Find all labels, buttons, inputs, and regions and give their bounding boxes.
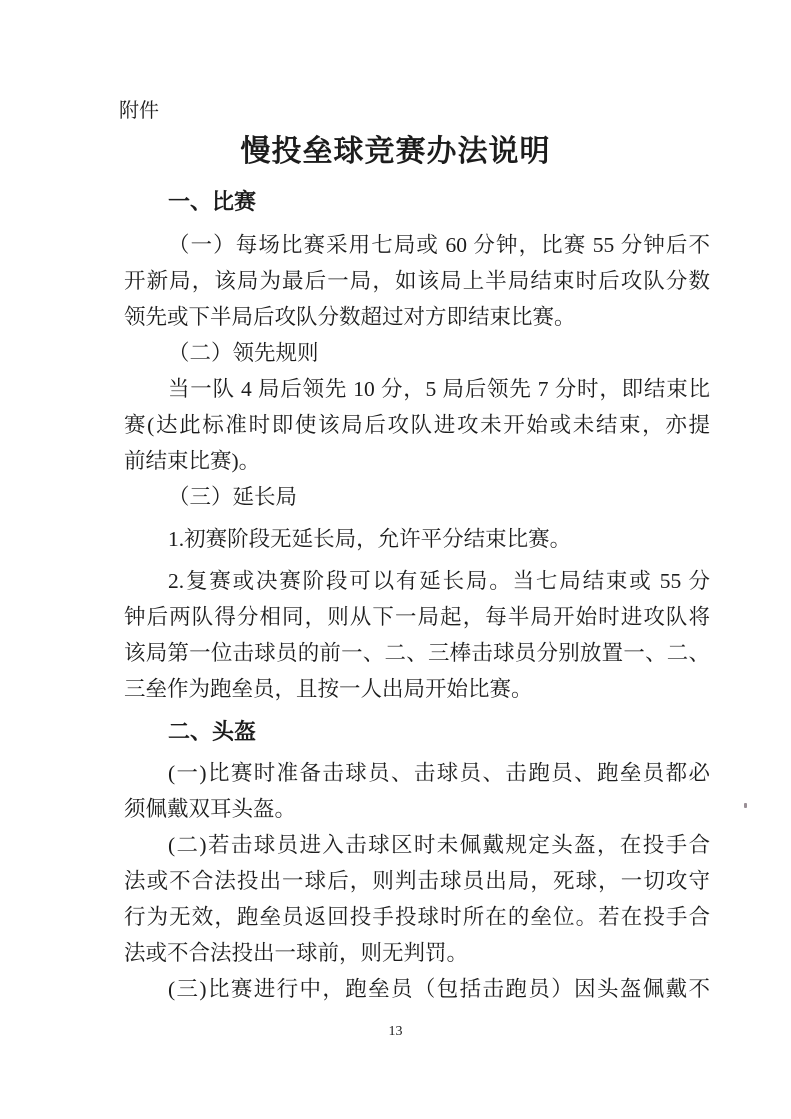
paragraph-line: 法或不合法投出一球后，则判击球员出局，死球，一切攻守 [124, 863, 710, 899]
paragraph-extra-inning-heading: （三）延长局 [124, 479, 710, 515]
paragraph-line: （一）每场比赛采用七局或 60 分钟，比赛 55 分钟后不 [124, 227, 710, 263]
paragraph-helmet-penalty: (二)若击球员进入击球区时未佩戴规定头盔，在投手合 法或不合法投出一球后，则判击… [124, 827, 710, 971]
paragraph-line: (二)若击球员进入击球区时未佩戴规定头盔，在投手合 [124, 827, 710, 863]
paragraph-line: 行为无效，跑垒员返回投手投球时所在的垒位。若在投手合 [124, 899, 710, 935]
paragraph-line: 须佩戴双耳头盔。 [124, 791, 710, 827]
paragraph-line: (一)比赛时准备击球员、击球员、击跑员、跑垒员都必 [124, 755, 710, 791]
list-item-preliminary: 1.初赛阶段无延长局，允许平分结束比赛。 [124, 521, 710, 557]
paragraph-helmet-during-play: (三)比赛进行中，跑垒员（包括击跑员）因头盔佩戴不 [124, 971, 710, 1007]
paragraph-helmet-required: (一)比赛时准备击球员、击球员、击跑员、跑垒员都必 须佩戴双耳头盔。 [124, 755, 710, 827]
list-item-finals: 2.复赛或决赛阶段可以有延长局。当七局结束或 55 分 钟后两队得分相同，则从下… [124, 563, 710, 707]
paragraph-line: （二）领先规则 [124, 335, 710, 371]
paragraph-line: 法或不合法投出一球前，则无判罚。 [124, 935, 710, 971]
document-body: 附件 慢投垒球竞赛办法说明 一、比赛 （一）每场比赛采用七局或 60 分钟，比赛… [124, 98, 710, 1007]
scan-artifact-dot [744, 803, 747, 808]
paragraph-line: 前结束比赛)。 [124, 443, 710, 479]
document-title: 慢投垒球竞赛办法说明 [0, 129, 791, 175]
document-page: 附件 慢投垒球竞赛办法说明 一、比赛 （一）每场比赛采用七局或 60 分钟，比赛… [0, 0, 791, 1119]
paragraph-match-duration: （一）每场比赛采用七局或 60 分钟，比赛 55 分钟后不 开新局，该局为最后一… [124, 227, 710, 335]
paragraph-line: 三垒作为跑垒员，且按一人出局开始比赛。 [124, 671, 710, 707]
paragraph-line: 2.复赛或决赛阶段可以有延长局。当七局结束或 55 分 [124, 563, 710, 599]
paragraph-lead-rule-heading: （二）领先规则 [124, 335, 710, 371]
section-heading-competition: 一、比赛 [124, 187, 710, 217]
paragraph-line: 当一队 4 局后领先 10 分，5 局后领先 7 分时，即结束比 [124, 371, 710, 407]
paragraph-line: (三)比赛进行中，跑垒员（包括击跑员）因头盔佩戴不 [124, 971, 710, 1007]
paragraph-line: 1.初赛阶段无延长局，允许平分结束比赛。 [124, 521, 710, 557]
paragraph-line: 开新局，该局为最后一局，如该局上半局结束时后攻队分数 [124, 263, 710, 299]
paragraph-line: 赛(达此标准时即使该局后攻队进攻未开始或未结束，亦提 [124, 407, 710, 443]
paragraph-line: 钟后两队得分相同，则从下一局起，每半局开始时进攻队将 [124, 599, 710, 635]
attachment-label: 附件 [119, 98, 710, 124]
paragraph-line: 领先或下半局后攻队分数超过对方即结束比赛。 [124, 299, 710, 335]
paragraph-line: 该局第一位击球员的前一、二、三棒击球员分别放置一、二、 [124, 635, 710, 671]
section-heading-helmet: 二、头盔 [124, 717, 710, 747]
paragraph-line: （三）延长局 [124, 479, 710, 515]
page-number: 13 [0, 1022, 791, 1042]
paragraph-lead-rule-body: 当一队 4 局后领先 10 分，5 局后领先 7 分时，即结束比 赛(达此标准时… [124, 371, 710, 479]
